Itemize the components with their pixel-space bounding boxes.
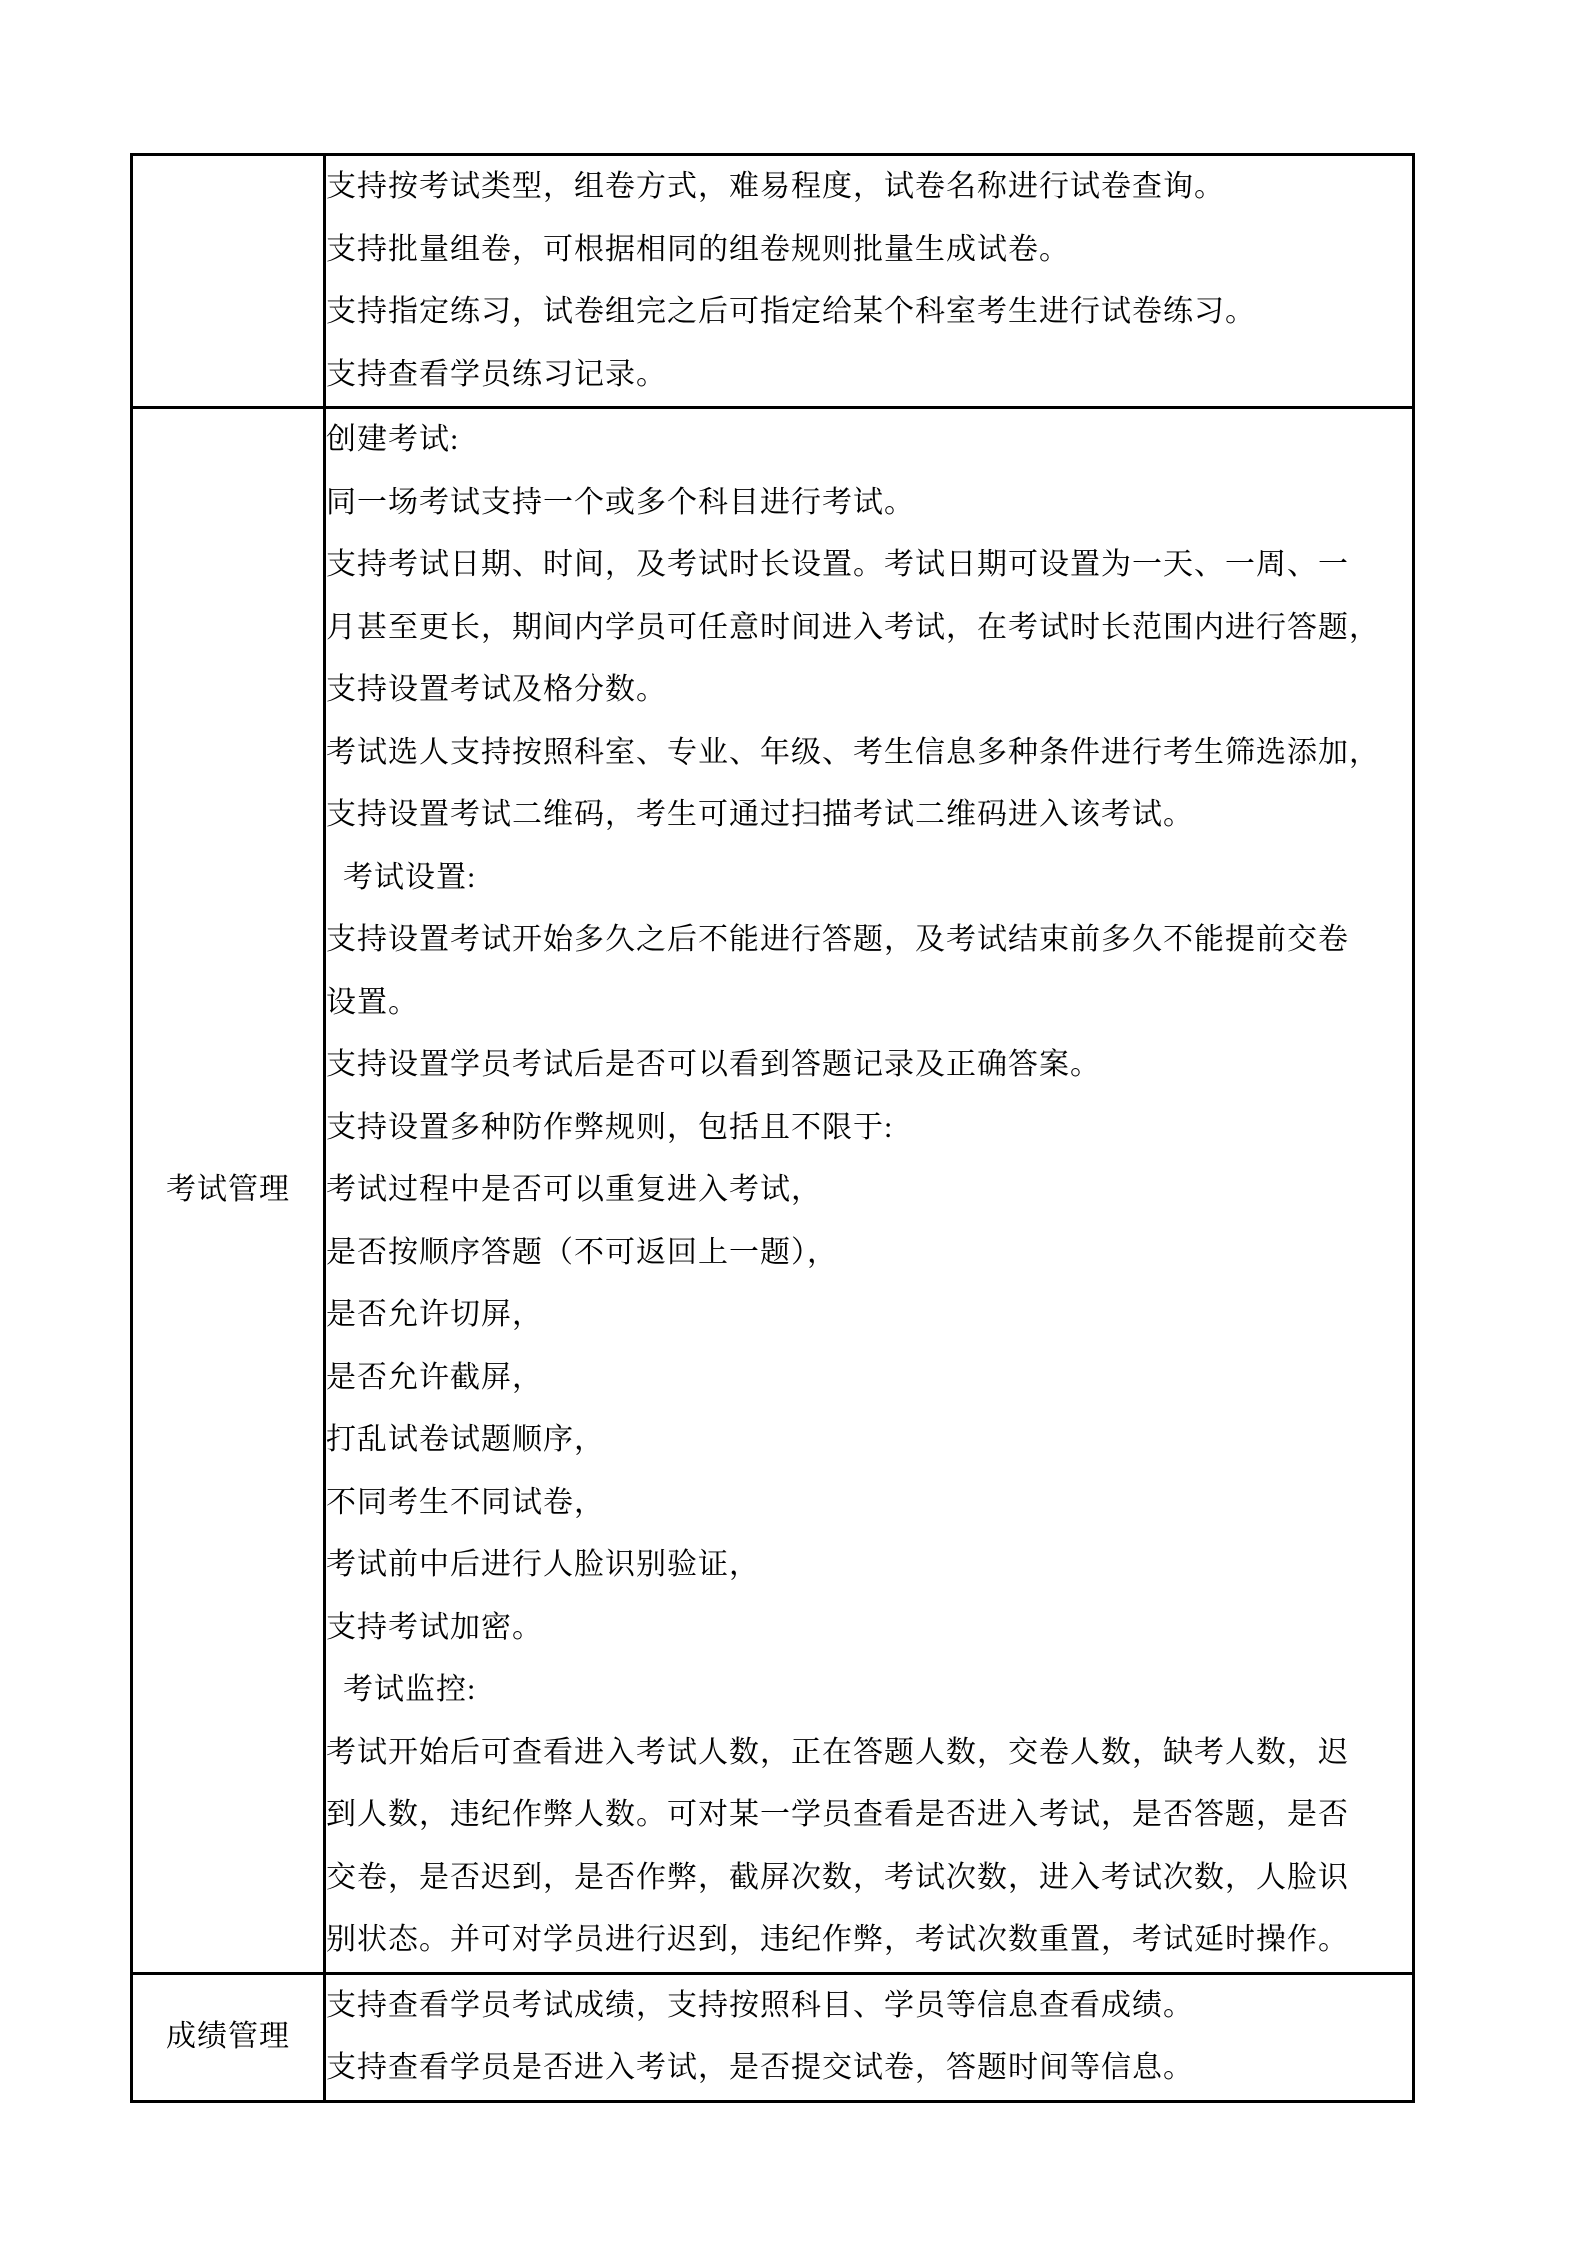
row-label-cell: 成绩管理	[132, 1973, 325, 2101]
text-line: 设置。	[326, 972, 1412, 1035]
feature-table-body: 支持按考试类型，组卷方式，难易程度，试卷名称进行试卷查询。支持批量组卷，可根据相…	[132, 155, 1414, 2102]
text-line: 考试过程中是否可以重复进入考试，	[326, 1159, 1412, 1222]
text-line: 月甚至更长，期间内学员可任意时间进入考试，在考试时长范围内进行答题，	[326, 597, 1412, 660]
text-line: 支持批量组卷，可根据相同的组卷规则批量生成试卷。	[326, 219, 1412, 282]
feature-table: 支持按考试类型，组卷方式，难易程度，试卷名称进行试卷查询。支持批量组卷，可根据相…	[130, 153, 1415, 2103]
text-line: 不同考生不同试卷，	[326, 1472, 1412, 1535]
table-row: 支持按考试类型，组卷方式，难易程度，试卷名称进行试卷查询。支持批量组卷，可根据相…	[132, 155, 1414, 408]
text-line: 是否按顺序答题（不可返回上一题），	[326, 1222, 1412, 1285]
text-line: 到人数，违纪作弊人数。可对某一学员查看是否进入考试，是否答题，是否	[326, 1784, 1412, 1847]
row-content-cell: 支持查看学员考试成绩，支持按照科目、学员等信息查看成绩。支持查看学员是否进入考试…	[325, 1973, 1414, 2101]
text-line: 是否允许切屏，	[326, 1284, 1412, 1347]
table-row: 成绩管理支持查看学员考试成绩，支持按照科目、学员等信息查看成绩。支持查看学员是否…	[132, 1973, 1414, 2101]
text-line: 支持查看学员考试成绩，支持按照科目、学员等信息查看成绩。	[326, 1975, 1412, 2038]
row-content-cell: 支持按考试类型，组卷方式，难易程度，试卷名称进行试卷查询。支持批量组卷，可根据相…	[325, 155, 1414, 408]
document-page: 支持按考试类型，组卷方式，难易程度，试卷名称进行试卷查询。支持批量组卷，可根据相…	[0, 0, 1587, 2245]
text-line: 考试设置:	[326, 847, 1412, 910]
text-line: 考试开始后可查看进入考试人数，正在答题人数，交卷人数，缺考人数，迟	[326, 1722, 1412, 1785]
text-line: 支持按考试类型，组卷方式，难易程度，试卷名称进行试卷查询。	[326, 156, 1412, 219]
text-line: 考试前中后进行人脸识别验证，	[326, 1534, 1412, 1597]
text-line: 支持考试加密。	[326, 1597, 1412, 1660]
text-line: 考试监控:	[326, 1659, 1412, 1722]
text-line: 同一场考试支持一个或多个科目进行考试。	[326, 472, 1412, 535]
text-line: 交卷，是否迟到，是否作弊，截屏次数，考试次数，进入考试次数，人脸识	[326, 1847, 1412, 1910]
text-line: 支持设置多种防作弊规则，包括且不限于:	[326, 1097, 1412, 1160]
text-line: 支持查看学员练习记录。	[326, 344, 1412, 407]
text-line: 支持设置考试开始多久之后不能进行答题，及考试结束前多久不能提前交卷	[326, 909, 1412, 972]
row-content-cell: 创建考试:同一场考试支持一个或多个科目进行考试。支持考试日期、时间，及考试时长设…	[325, 408, 1414, 1974]
text-line: 打乱试卷试题顺序，	[326, 1409, 1412, 1472]
text-line: 支持设置考试二维码，考生可通过扫描考试二维码进入该考试。	[326, 784, 1412, 847]
text-line: 支持查看学员是否进入考试，是否提交试卷，答题时间等信息。	[326, 2037, 1412, 2100]
table-row: 考试管理创建考试:同一场考试支持一个或多个科目进行考试。支持考试日期、时间，及考…	[132, 408, 1414, 1974]
row-label-cell: 考试管理	[132, 408, 325, 1974]
text-line: 支持指定练习，试卷组完之后可指定给某个科室考生进行试卷练习。	[326, 281, 1412, 344]
text-line: 考试选人支持按照科室、专业、年级、考生信息多种条件进行考生筛选添加，	[326, 722, 1412, 785]
text-line: 支持设置考试及格分数。	[326, 659, 1412, 722]
row-label-cell	[132, 155, 325, 408]
text-line: 支持设置学员考试后是否可以看到答题记录及正确答案。	[326, 1034, 1412, 1097]
text-line: 创建考试:	[326, 409, 1412, 472]
text-line: 是否允许截屏，	[326, 1347, 1412, 1410]
text-line: 支持考试日期、时间，及考试时长设置。考试日期可设置为一天、一周、一	[326, 534, 1412, 597]
text-line: 别状态。并可对学员进行迟到，违纪作弊，考试次数重置，考试延时操作。	[326, 1909, 1412, 1972]
